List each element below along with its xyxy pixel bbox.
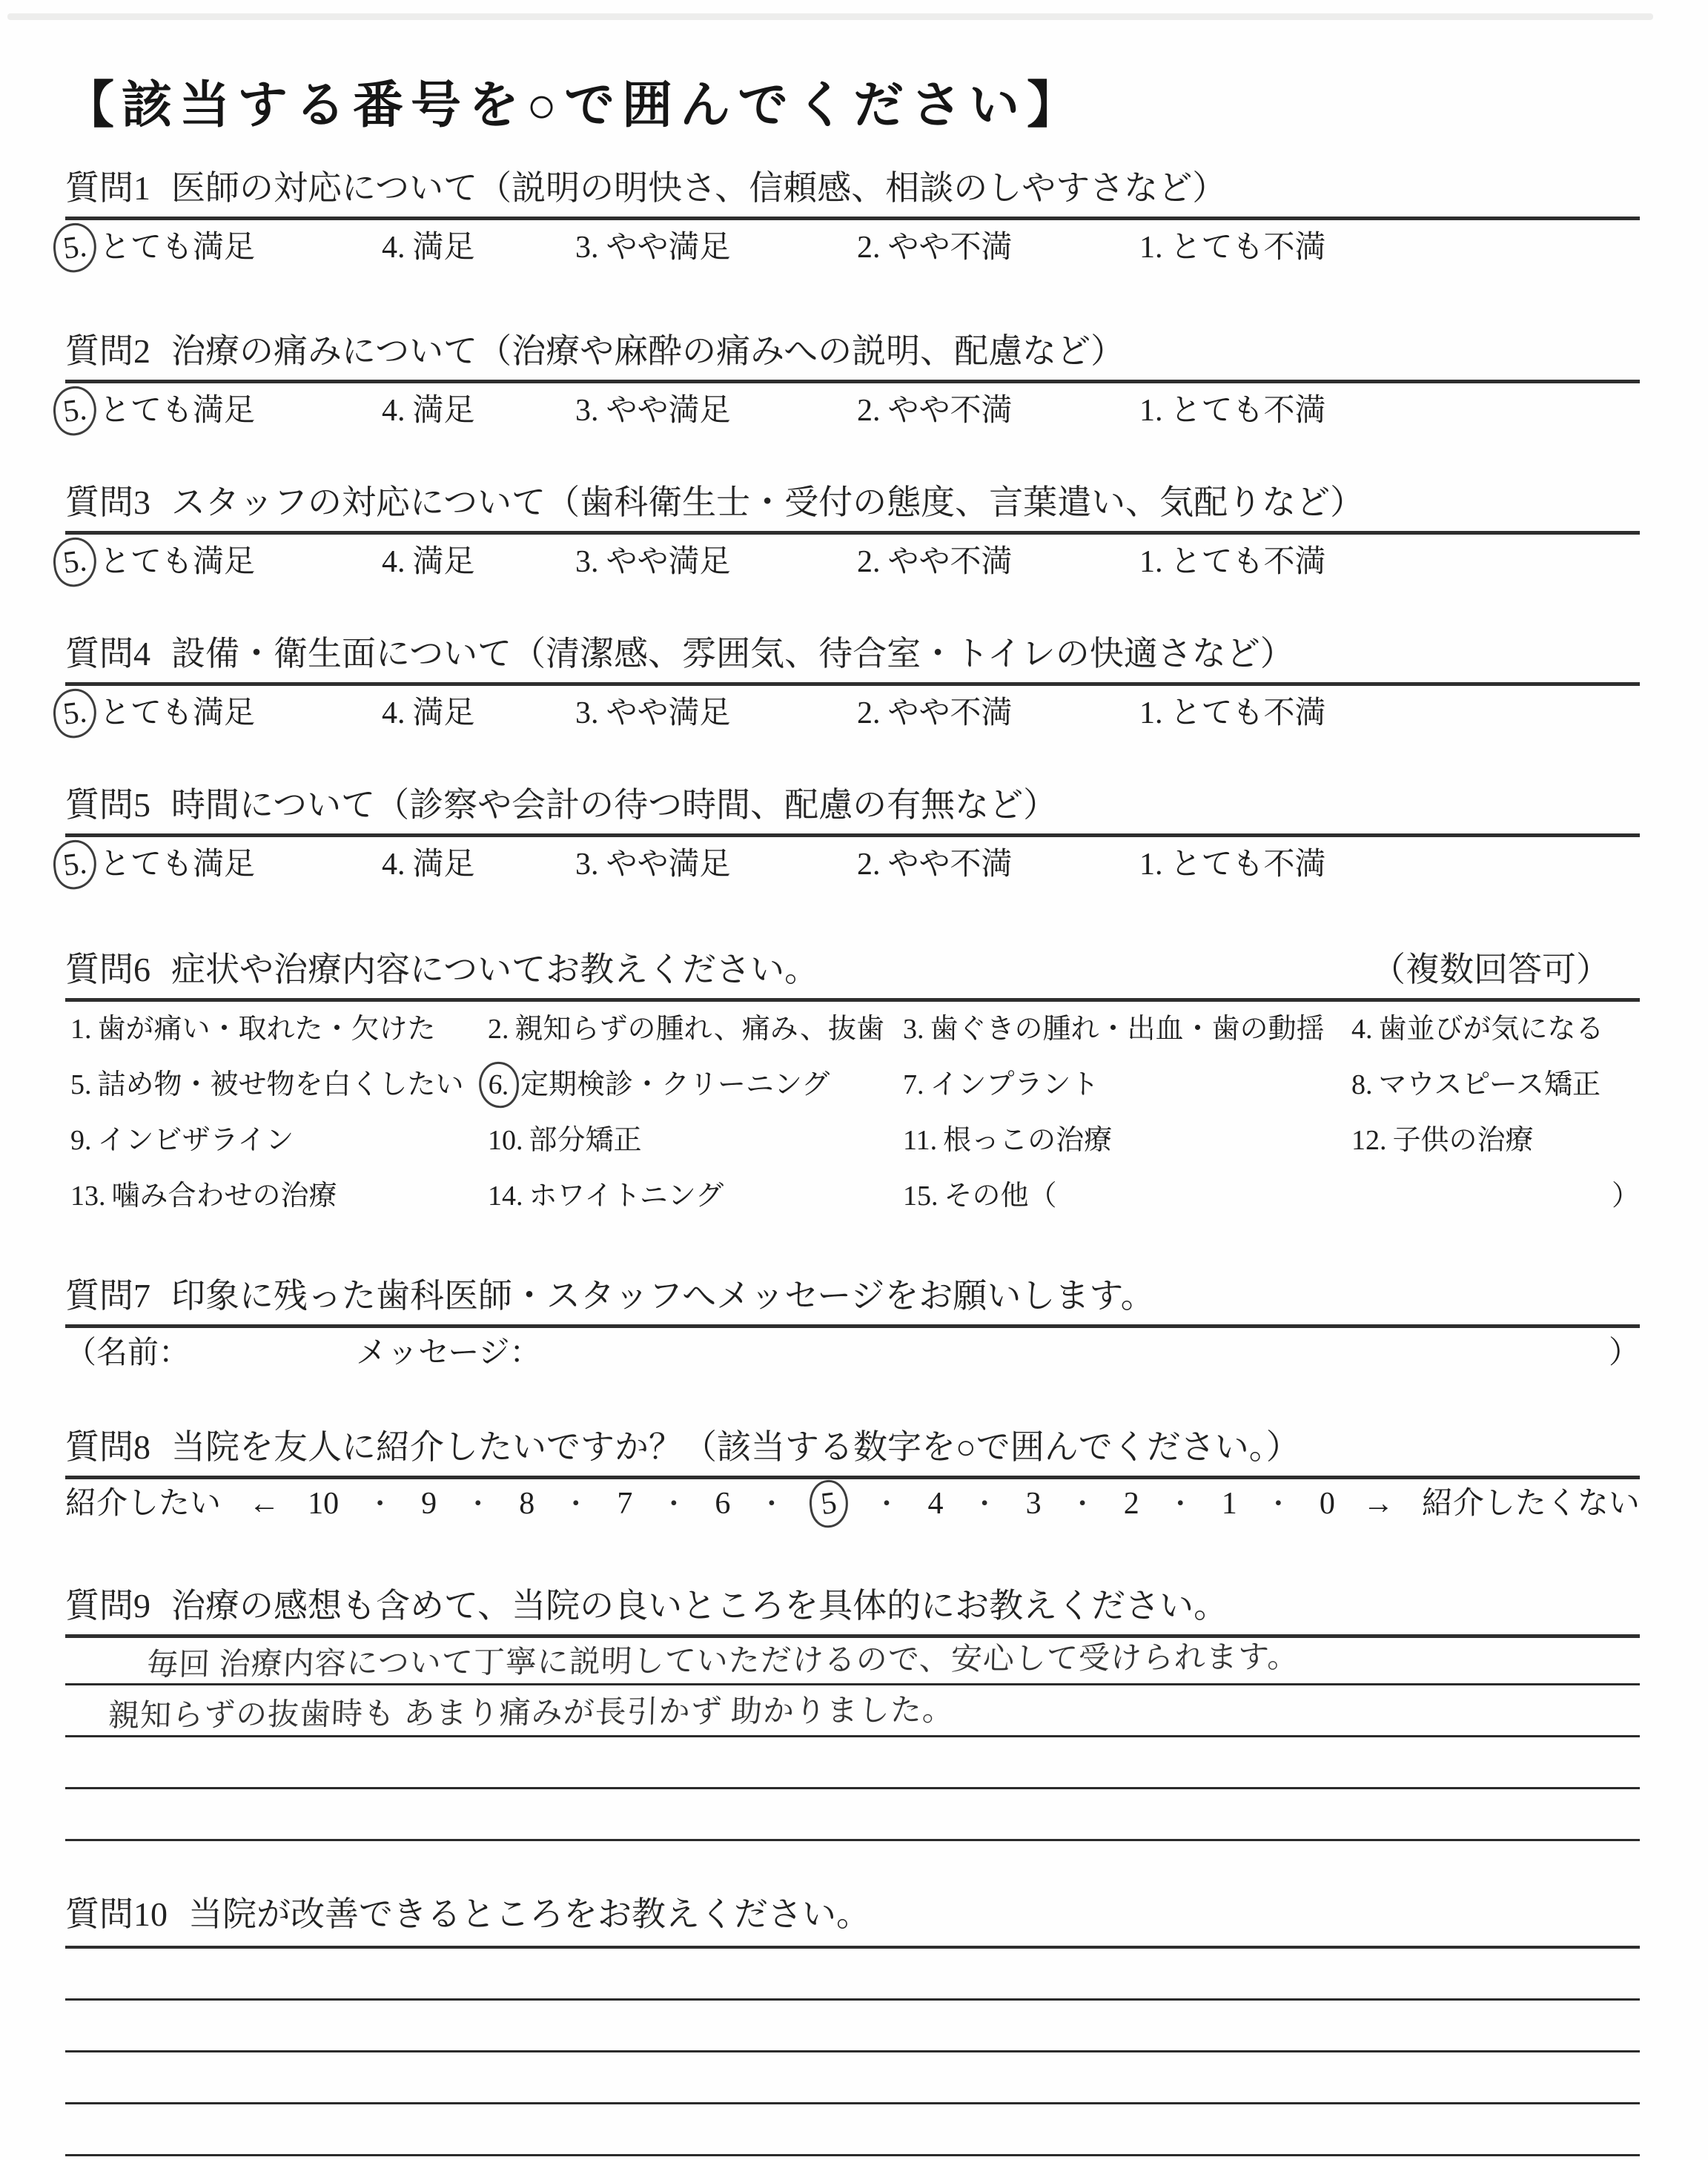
option-label: やや不満 xyxy=(888,848,1013,882)
question-3-label: 質問3 xyxy=(65,483,150,522)
circle-annotation: 5. xyxy=(50,838,99,892)
rating-option-4: 4.満足 xyxy=(382,392,575,429)
symptom-option-11: 11.根っこの治療 xyxy=(903,1123,1351,1157)
question-7-text: 印象に残った歯科医師・スタッフへメッセージをお願いします。 xyxy=(171,1277,1155,1315)
nps-left-label: 紹介したい xyxy=(65,1485,221,1522)
rating-option-2: 2.やや不満 xyxy=(857,229,1139,266)
message-field-label: メッセージ： xyxy=(356,1335,540,1367)
option-label: やや不満 xyxy=(888,231,1013,265)
symptom-option-2: 2.親知らずの腫れ、痛み、抜歯 xyxy=(488,1012,903,1046)
question-4-section: 質問4 設備・衛生面について（清潔感、雰囲気、待合室・トイレの快適さなど） 5.… xyxy=(65,635,1640,730)
option-label: とても満足 xyxy=(99,696,255,730)
question-8-label: 質問8 xyxy=(65,1428,150,1467)
question-3-section: 質問3 スタッフの対応について（歯科衛生士・受付の態度、言葉遣い、気配りなど） … xyxy=(65,483,1640,579)
nps-separator: ・ xyxy=(465,1485,491,1522)
question-5-label: 質問5 xyxy=(65,786,150,825)
scan-artifact-line xyxy=(7,13,1653,20)
option-label: とても不満 xyxy=(1171,394,1326,428)
question-2-options: 5.とても満足4.満足3.やや満足2.やや不満1.とても不満 xyxy=(65,383,1640,428)
rating-option-3: 3.やや満足 xyxy=(575,544,857,581)
option-label: 定期検診・クリーニング xyxy=(520,1069,830,1100)
option-label: 歯が痛い・取れた・欠けた xyxy=(98,1014,436,1045)
circle-annotation: 5. xyxy=(50,687,99,741)
option-label: とても満足 xyxy=(99,394,255,428)
question-6-label: 質問6 xyxy=(65,951,150,989)
option-label: 満足 xyxy=(413,696,475,730)
nps-separator: ・ xyxy=(661,1485,687,1522)
nps-separator: ・ xyxy=(1167,1485,1194,1522)
rating-option-3: 3.やや満足 xyxy=(575,392,857,429)
survey-page: 【該当する番号を○で囲んでください】 質問1 医師の対応について（説明の明快さ、… xyxy=(0,0,1708,2160)
nps-value-5: 5 xyxy=(819,1486,838,1522)
option-number: 3. xyxy=(575,848,599,882)
rating-option-4: 4.満足 xyxy=(382,846,575,883)
question-4-options: 5.とても満足4.満足3.やや満足2.やや不満1.とても不満 xyxy=(65,686,1640,730)
close-paren: ） xyxy=(1612,1179,1640,1213)
option-number: 3. xyxy=(575,696,599,730)
nps-right-label: 紹介したくない xyxy=(1422,1485,1640,1522)
symptom-option-13: 13.噛み合わせの治療 xyxy=(70,1179,488,1213)
symptom-option-12: 12.子供の治療 xyxy=(1351,1123,1640,1157)
question-4-header: 質問4 設備・衛生面について（清潔感、雰囲気、待合室・トイレの快適さなど） xyxy=(65,635,1640,673)
option-number: 1. xyxy=(1139,545,1163,579)
question-10-header: 質問10 当院が改善できるところをお教えください。 xyxy=(65,1895,1640,1934)
option-number: 2. xyxy=(857,848,881,882)
rating-option-4: 4.満足 xyxy=(382,544,575,581)
writing-line: 毎回 治療内容について丁寧に説明していただけるので、安心して受けられます。 xyxy=(65,1638,1640,1685)
nps-value-6: 6 xyxy=(715,1485,730,1522)
question-2-header: 質問2 治療の痛みについて（治療や麻酔の痛みへの説明、配慮など） xyxy=(65,332,1640,371)
option-number: 1. xyxy=(1139,696,1163,730)
option-number: 2. xyxy=(857,231,881,265)
question-9-header: 質問9 治療の感想も含めて、当院の良いところを具体的にお教えください。 xyxy=(65,1587,1640,1625)
option-number: 1. xyxy=(1139,394,1163,428)
option-number: 4. xyxy=(382,545,406,579)
writing-line: 親知らずの抜歯時も あまり痛みが長引かず 助かりました。 xyxy=(65,1685,1640,1737)
name-field-label: （名前： xyxy=(65,1335,356,1367)
rating-option-5: 5.とても満足 xyxy=(65,392,382,429)
nps-value-8: 8 xyxy=(519,1485,534,1522)
option-number: 13. xyxy=(70,1180,106,1212)
writing-line xyxy=(65,2052,1640,2104)
option-number: 5. xyxy=(62,229,89,265)
option-number: 11. xyxy=(903,1125,937,1156)
page-title: 【該当する番号を○で囲んでください】 xyxy=(64,65,1085,137)
question-1-text: 医師の対応について（説明の明快さ、信頼感、相談のしやすさなど） xyxy=(171,169,1226,208)
option-number: 4. xyxy=(382,394,406,428)
handwritten-response-line-2: 親知らずの抜歯時も あまり痛みが長引かず 助かりました。 xyxy=(64,1692,954,1738)
question-9-label: 質問9 xyxy=(65,1587,150,1625)
option-label: 根っこの治療 xyxy=(943,1125,1112,1156)
question-2-label: 質問2 xyxy=(65,332,150,371)
writing-line xyxy=(65,1789,1640,1841)
symptom-option-3: 3.歯ぐきの腫れ・出血・歯の動揺 xyxy=(903,1012,1351,1046)
symptom-option-6: 6.定期検診・クリーニング xyxy=(488,1068,903,1102)
question-6-text: 症状や治療内容についてお教えください。 xyxy=(171,951,818,989)
rating-option-5: 5.とても満足 xyxy=(65,695,382,732)
question-5-options: 5.とても満足4.満足3.やや満足2.やや不満1.とても不満 xyxy=(65,837,1640,882)
option-label: 満足 xyxy=(413,231,475,265)
writing-line xyxy=(65,1737,1640,1789)
rating-option-2: 2.やや不満 xyxy=(857,392,1139,429)
option-label: とても不満 xyxy=(1171,848,1326,882)
option-label: 満足 xyxy=(413,394,475,428)
question-7-header: 質問7 印象に残った歯科医師・スタッフへメッセージをお願いします。 xyxy=(65,1277,1640,1315)
nps-separator: ・ xyxy=(758,1485,785,1522)
symptom-option-1: 1.歯が痛い・取れた・欠けた xyxy=(70,1012,488,1046)
option-label: とても不満 xyxy=(1171,696,1326,730)
nps-value-0: 0 xyxy=(1320,1485,1335,1522)
question-10-text: 当院が改善できるところをお教えください。 xyxy=(188,1895,870,1934)
rating-option-1: 1.とても不満 xyxy=(1139,544,1326,581)
option-number: 15. xyxy=(903,1179,939,1213)
option-number: 8. xyxy=(1351,1069,1373,1100)
option-number: 14. xyxy=(488,1180,523,1212)
rating-option-5: 5.とても満足 xyxy=(65,846,382,883)
option-label: やや不満 xyxy=(888,696,1013,730)
rating-option-3: 3.やや満足 xyxy=(575,846,857,883)
option-label: とても満足 xyxy=(99,231,255,265)
symptom-option-4: 4.歯並びが気になる xyxy=(1351,1012,1640,1046)
rating-option-1: 1.とても不満 xyxy=(1139,695,1326,732)
question-1-header: 質問1 医師の対応について（説明の明快さ、信頼感、相談のしやすさなど） xyxy=(65,169,1640,208)
question-3-options: 5.とても満足4.満足3.やや満足2.やや不満1.とても不満 xyxy=(65,535,1640,579)
option-label: とても不満 xyxy=(1171,545,1326,579)
option-label: 詰め物・被せ物を白くしたい xyxy=(98,1069,464,1100)
symptom-option-9: 9.インビザライン xyxy=(70,1123,488,1157)
question-10-label: 質問10 xyxy=(65,1895,168,1934)
option-number: 4. xyxy=(382,848,406,882)
symptom-option-5: 5.詰め物・被せ物を白くしたい xyxy=(70,1068,488,1102)
rating-option-5: 5.とても満足 xyxy=(65,229,382,266)
option-number: 3. xyxy=(575,231,599,265)
nps-scale-row: 紹介したい ← 10 ・ 9 ・ 8 ・ 7 ・ 6 ・ 5 ・ 4 ・ 3 ・… xyxy=(65,1479,1640,1521)
symptom-row-4: 13.噛み合わせの治療 14.ホワイトニング 15.その他（） xyxy=(65,1179,1640,1213)
symptom-options: 1.歯が痛い・取れた・欠けた 2.親知らずの腫れ、痛み、抜歯 3.歯ぐきの腫れ・… xyxy=(65,1002,1640,1213)
option-label: インプラント xyxy=(930,1069,1099,1100)
close-paren: ） xyxy=(1609,1335,1640,1367)
option-number: 3. xyxy=(575,394,599,428)
option-number: 5. xyxy=(62,544,89,580)
rating-option-3: 3.やや満足 xyxy=(575,695,857,732)
symptom-option-14: 14.ホワイトニング xyxy=(488,1179,903,1213)
handwritten-response-line-1: 毎回 治療内容について丁寧に説明していただけるので、安心して受けられます。 xyxy=(64,1639,1300,1688)
option-label: その他（ xyxy=(944,1179,1057,1213)
symptom-row-2: 5.詰め物・被せ物を白くしたい 6.定期検診・クリーニング 7.インプラント 8… xyxy=(65,1068,1640,1102)
question-3-text: スタッフの対応について（歯科衛生士・受付の態度、言葉遣い、気配りなど） xyxy=(171,483,1364,522)
writing-line xyxy=(65,2001,1640,2052)
question-8-text: 当院を友人に紹介したいですか？（該当する数字を○で囲んでください。） xyxy=(171,1428,1300,1467)
option-label: やや満足 xyxy=(606,696,731,730)
option-number: 4. xyxy=(382,696,406,730)
option-number: 1. xyxy=(1139,848,1163,882)
nps-separator: ・ xyxy=(971,1485,998,1522)
option-label: インビザライン xyxy=(98,1125,294,1156)
option-label: 歯並びが気になる xyxy=(1379,1014,1604,1045)
question-8-header: 質問8 当院を友人に紹介したいですか？（該当する数字を○で囲んでください。） xyxy=(65,1428,1640,1467)
rating-option-2: 2.やや不満 xyxy=(857,695,1139,732)
rating-option-3: 3.やや満足 xyxy=(575,229,857,266)
rating-option-4: 4.満足 xyxy=(382,229,575,266)
question-2-text: 治療の痛みについて（治療や麻酔の痛みへの説明、配慮など） xyxy=(171,332,1125,371)
option-label: 歯ぐきの腫れ・出血・歯の動揺 xyxy=(930,1014,1325,1045)
nps-value-1: 1 xyxy=(1222,1485,1237,1522)
option-label: 部分矯正 xyxy=(529,1125,642,1156)
question-9-text: 治療の感想も含めて、当院の良いところを具体的にお教えください。 xyxy=(171,1587,1228,1625)
option-number: 2. xyxy=(857,394,881,428)
circle-annotation: 5 xyxy=(807,1478,851,1530)
option-number: 3. xyxy=(903,1014,924,1045)
question-8-section: 質問8 当院を友人に紹介したいですか？（該当する数字を○で囲んでください。） 紹… xyxy=(65,1428,1640,1521)
option-label: やや満足 xyxy=(606,231,731,265)
rating-option-4: 4.満足 xyxy=(382,695,575,732)
option-number: 6. xyxy=(487,1069,511,1101)
question-3-header: 質問3 スタッフの対応について（歯科衛生士・受付の態度、言葉遣い、気配りなど） xyxy=(65,483,1640,522)
question-5-header: 質問5 時間について（診察や会計の待つ時間、配慮の有無など） xyxy=(65,786,1640,825)
circle-annotation: 5. xyxy=(50,384,99,438)
nps-separator: ・ xyxy=(1069,1485,1096,1522)
question-9-section: 質問9 治療の感想も含めて、当院の良いところを具体的にお教えください。 毎回 治… xyxy=(65,1587,1640,1841)
circle-annotation: 5. xyxy=(50,221,99,275)
option-number: 2. xyxy=(488,1014,509,1045)
option-label: 噛み合わせの治療 xyxy=(112,1180,337,1212)
option-label: やや満足 xyxy=(606,394,731,428)
nps-left-arrow: ← xyxy=(249,1485,280,1522)
option-label: やや満足 xyxy=(606,848,731,882)
nps-separator: ・ xyxy=(367,1485,394,1522)
option-number: 7. xyxy=(903,1069,924,1100)
option-label: 満足 xyxy=(413,545,475,579)
nps-separator: ・ xyxy=(873,1485,900,1522)
nps-value-9: 9 xyxy=(421,1485,437,1522)
symptom-option-10: 10.部分矯正 xyxy=(488,1123,903,1157)
symptom-row-1: 1.歯が痛い・取れた・欠けた 2.親知らずの腫れ、痛み、抜歯 3.歯ぐきの腫れ・… xyxy=(65,1012,1640,1046)
message-fields-row: （名前： メッセージ： ） xyxy=(65,1328,1640,1367)
option-number: 1. xyxy=(70,1014,92,1045)
nps-value-2: 2 xyxy=(1124,1485,1139,1522)
option-number: 12. xyxy=(1351,1125,1387,1156)
option-number: 4. xyxy=(382,231,406,265)
question-7-section: 質問7 印象に残った歯科医師・スタッフへメッセージをお願いします。 （名前： メ… xyxy=(65,1277,1640,1367)
message-write-in-space xyxy=(540,1335,1609,1367)
option-number: 2. xyxy=(857,545,881,579)
nps-right-arrow: → xyxy=(1363,1485,1394,1522)
option-label: やや満足 xyxy=(606,545,731,579)
option-label: やや不満 xyxy=(888,545,1013,579)
question-1-section: 質問1 医師の対応について（説明の明快さ、信頼感、相談のしやすさなど） 5.とて… xyxy=(65,169,1640,265)
writing-line xyxy=(65,2104,1640,2156)
rating-option-5: 5.とても満足 xyxy=(65,544,382,581)
option-label: とても満足 xyxy=(99,545,255,579)
option-number: 1. xyxy=(1139,231,1163,265)
option-label: やや不満 xyxy=(888,394,1013,428)
option-label: とても不満 xyxy=(1171,231,1326,265)
option-number: 5. xyxy=(62,846,89,882)
question-10-section: 質問10 当院が改善できるところをお教えください。 xyxy=(65,1895,1640,2156)
question-2-section: 質問2 治療の痛みについて（治療や麻酔の痛みへの説明、配慮など） 5.とても満足… xyxy=(65,332,1640,428)
option-label: 満足 xyxy=(413,848,475,882)
symptom-option-7: 7.インプラント xyxy=(903,1068,1351,1102)
nps-separator: ・ xyxy=(563,1485,589,1522)
nps-value-4: 4 xyxy=(928,1485,944,1522)
nps-value-10: 10 xyxy=(308,1485,339,1522)
nps-value-7: 7 xyxy=(617,1485,632,1522)
other-write-in-space xyxy=(1057,1179,1612,1213)
nps-value-3: 3 xyxy=(1026,1485,1042,1522)
option-label: とても満足 xyxy=(99,848,255,882)
multiple-answers-note: （複数回答可） xyxy=(1371,951,1610,989)
option-number: 10. xyxy=(488,1125,523,1156)
question-5-section: 質問5 時間について（診察や会計の待つ時間、配慮の有無など） 5.とても満足4.… xyxy=(65,786,1640,882)
option-label: 親知らずの腫れ、痛み、抜歯 xyxy=(515,1014,885,1045)
question-4-text: 設備・衛生面について（清潔感、雰囲気、待合室・トイレの快適さなど） xyxy=(171,635,1294,673)
symptom-option-15: 15.その他（） xyxy=(903,1179,1640,1213)
rating-option-1: 1.とても不満 xyxy=(1139,229,1326,266)
option-number: 2. xyxy=(857,696,881,730)
writing-line xyxy=(65,1949,1640,2001)
option-number: 9. xyxy=(70,1125,92,1156)
circle-annotation: 5. xyxy=(50,535,99,589)
option-number: 5. xyxy=(62,695,89,731)
question-1-label: 質問1 xyxy=(65,169,150,208)
symptom-row-3: 9.インビザライン 10.部分矯正 11.根っこの治療 12.子供の治療 xyxy=(65,1123,1640,1157)
question-1-options: 5.とても満足4.満足3.やや満足2.やや不満1.とても不満 xyxy=(65,220,1640,265)
option-label: 子供の治療 xyxy=(1393,1125,1534,1156)
rating-option-2: 2.やや不満 xyxy=(857,846,1139,883)
option-label: マウスピース矯正 xyxy=(1379,1069,1601,1100)
rating-option-1: 1.とても不満 xyxy=(1139,846,1326,883)
question-7-label: 質問7 xyxy=(65,1277,150,1315)
question-6-section: 質問6 症状や治療内容についてお教えください。 （複数回答可） 1.歯が痛い・取… xyxy=(65,951,1640,1235)
option-number: 3. xyxy=(575,545,599,579)
question-5-text: 時間について（診察や会計の待つ時間、配慮の有無など） xyxy=(171,786,1057,825)
symptom-option-8: 8.マウスピース矯正 xyxy=(1351,1068,1640,1102)
option-number: 5. xyxy=(62,392,89,429)
option-label: ホワイトニング xyxy=(529,1180,724,1212)
option-number: 5. xyxy=(70,1069,92,1100)
question-4-label: 質問4 xyxy=(65,635,150,673)
nps-separator: ・ xyxy=(1265,1485,1291,1522)
option-number: 4. xyxy=(1351,1014,1373,1045)
rating-option-2: 2.やや不満 xyxy=(857,544,1139,581)
question-6-header: 質問6 症状や治療内容についてお教えください。 （複数回答可） xyxy=(65,951,1640,989)
rating-option-1: 1.とても不満 xyxy=(1139,392,1326,429)
